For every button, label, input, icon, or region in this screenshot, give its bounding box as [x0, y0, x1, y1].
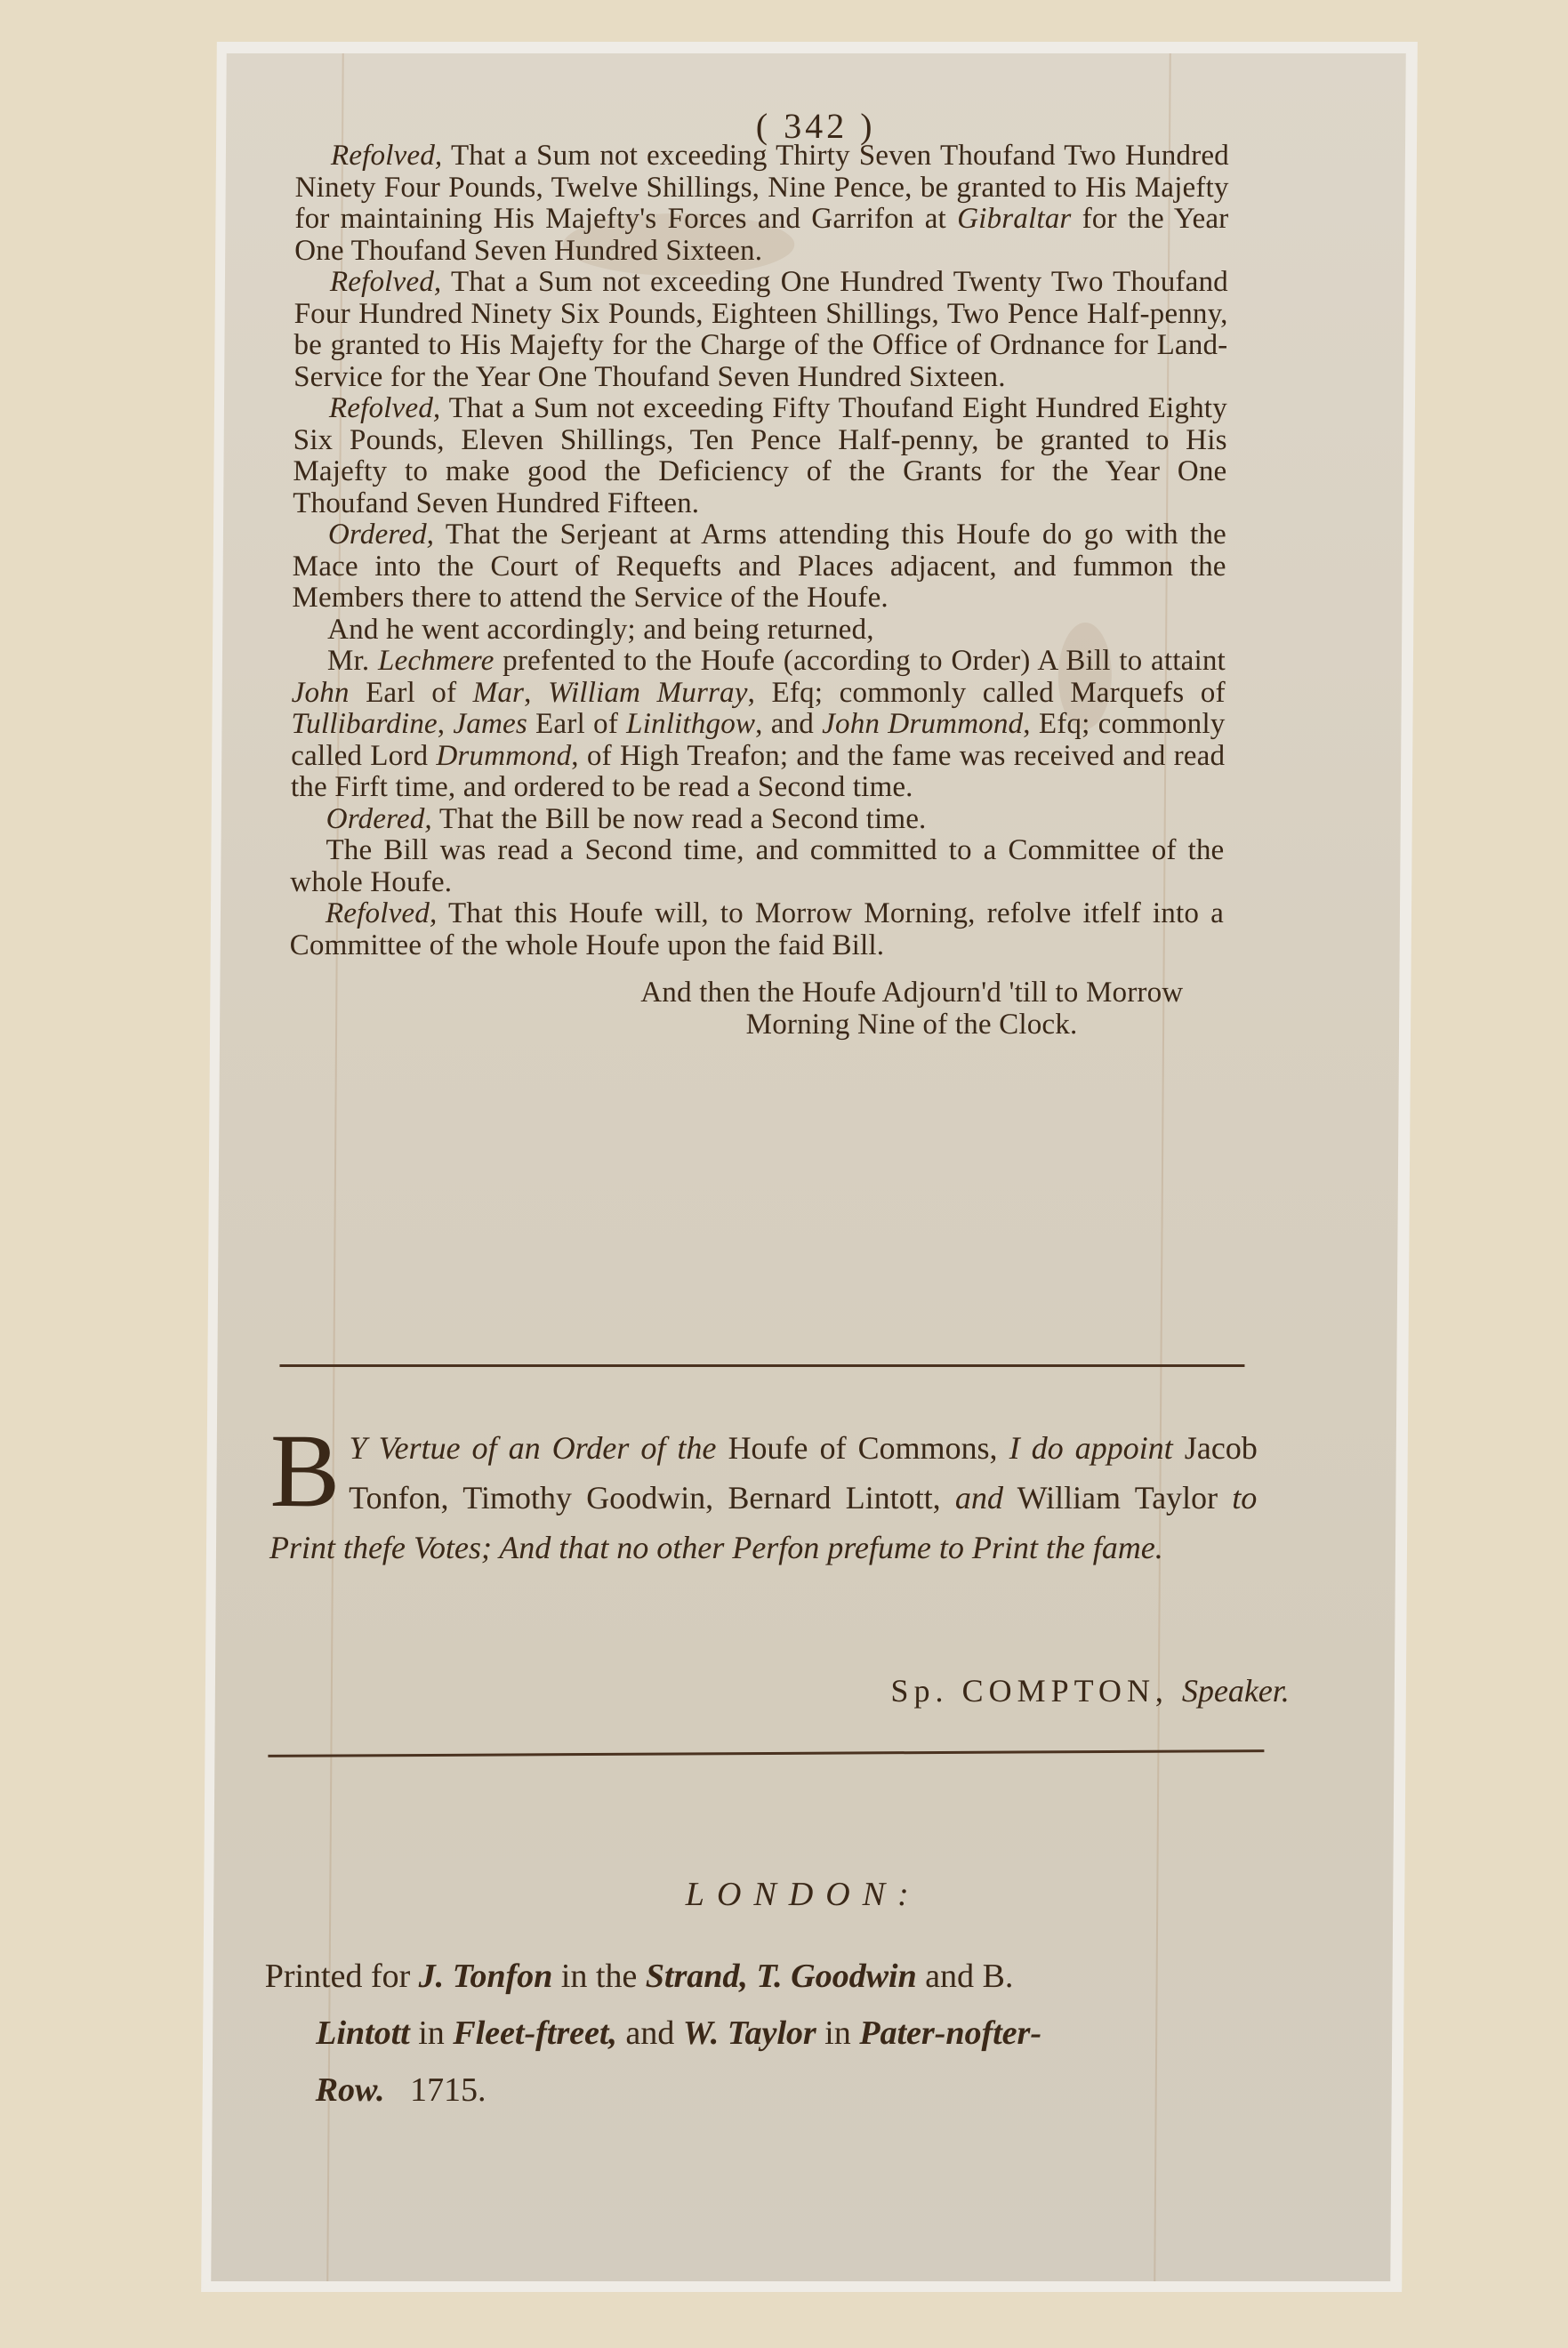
drop-cap: B — [269, 1428, 340, 1514]
imprint: Printed for J. Tonfon in the Strand, T. … — [264, 1948, 1261, 2119]
resolution-gibraltar: Refolved, That a Sum not exceeding Thirt… — [294, 141, 1229, 267]
imprint-line-1: Printed for J. Tonfon in the Strand, T. … — [264, 1948, 1260, 2005]
entry-lead: Ordered, — [328, 519, 434, 551]
entry-lead: Refolved, — [329, 392, 441, 424]
order-serjeant: Ordered, That the Serjeant at Arms atten… — [292, 519, 1226, 615]
divider-rule — [279, 1364, 1244, 1367]
journal-entries: Refolved, That a Sum not exceeding Thirt… — [289, 141, 1229, 1041]
speaker-signature: Sp. COMPTON, Speaker. — [890, 1672, 1290, 1709]
divider-rule — [268, 1749, 1264, 1757]
resolution-ordnance: Refolved, That a Sum not exceeding One H… — [293, 267, 1228, 393]
entry-committed: The Bill was read a Second time, and com… — [290, 835, 1224, 898]
place-name: Gibraltar — [957, 203, 1072, 235]
resolution-committee: Refolved, That this Houfe will, to Morro… — [290, 898, 1224, 961]
entry-lead: Refolved, — [326, 897, 438, 929]
entry-lead: Refolved, — [331, 140, 443, 172]
printing-notice: BY Vertue of an Order of the Houfe of Co… — [269, 1423, 1258, 1572]
imprint-line-2: Lintott in Fleet-ftreet, and W. Taylor i… — [264, 2005, 1260, 2062]
bill-of-attainder: Mr. Lechmere prefented to the Houfe (acc… — [291, 646, 1226, 804]
document-page: ( 342 ) Refolved, That a Sum not exceedi… — [211, 53, 1405, 2281]
entry-lead: Ordered, — [326, 803, 432, 835]
adjournment: And then the Houfe Adjourn'd 'till to Mo… — [591, 977, 1232, 1041]
resolution-deficiency: Refolved, That a Sum not exceeding Fifty… — [293, 393, 1227, 519]
imprint-line-3: Row. 1715. — [264, 2062, 1260, 2119]
imprint-city: LONDON: — [213, 1875, 1393, 1914]
order-second-reading: Ordered, That the Bill be now read a Sec… — [291, 804, 1225, 836]
entry-lead: Refolved, — [330, 266, 442, 298]
entry-returned: And he went accordingly; and being retur… — [292, 615, 1226, 647]
